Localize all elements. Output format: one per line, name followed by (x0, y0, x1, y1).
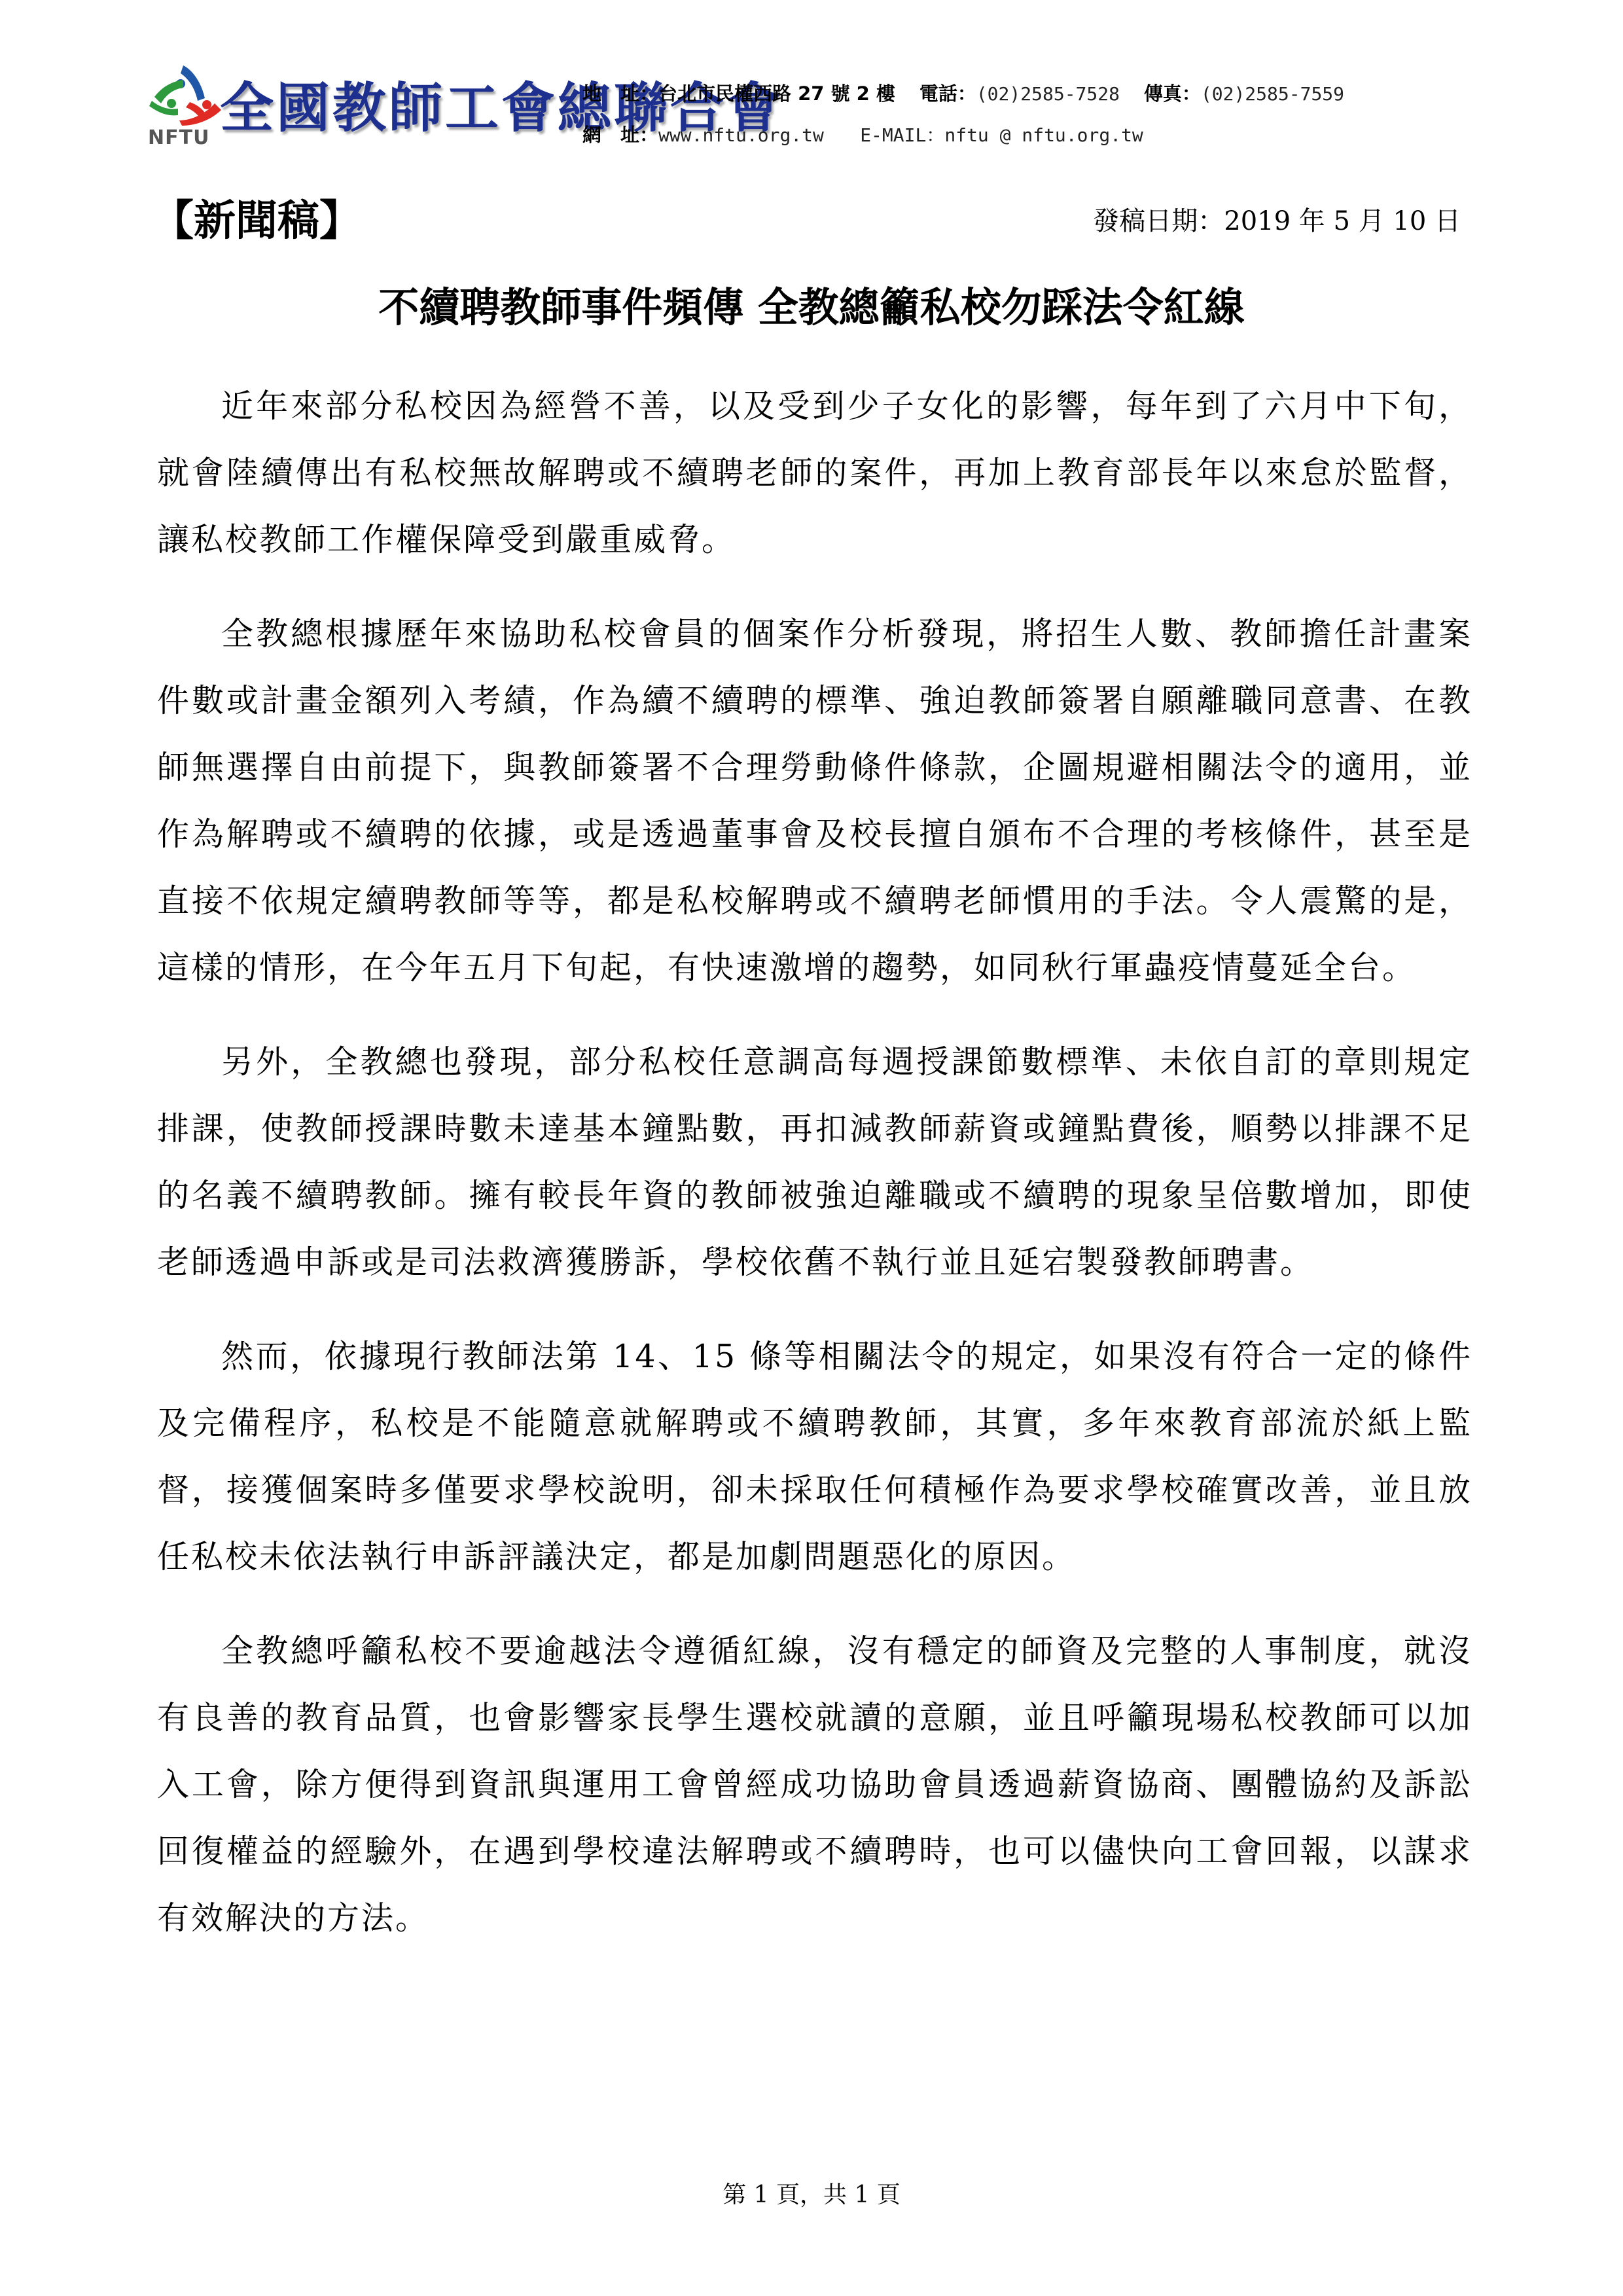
phone-label: 電話： (919, 82, 976, 105)
contact-info: 地 址：台北市民權西路 27 號 2 樓 電話：(02)2585-7528 傳真… (582, 73, 1344, 156)
press-release-tag: 【新聞稿】 (152, 187, 361, 247)
letterhead: NFTU 全國教師工會總聯合會 地 址：台北市民權西路 27 號 2 樓 電話：… (143, 58, 1491, 149)
email-label: E-MAIL： (860, 124, 944, 146)
paragraph: 然而，依據現行教師法第 14、15 條等相關法令的規定，如果沒有符合一定的條件及… (157, 1323, 1472, 1590)
paragraph: 全教總呼籲私校不要逾越法令遵循紅線，沒有穩定的師資及完整的人事制度，就沒有良善的… (157, 1618, 1472, 1952)
website-label: 網 址： (582, 124, 658, 146)
document-title: 不續聘教師事件頻傳 全教總籲私校勿踩法令紅線 (0, 275, 1623, 333)
address-label: 地 址： (582, 82, 658, 105)
phone-value: (02)2585-7528 (976, 83, 1120, 105)
address-value: 台北市民權西路 27 號 2 樓 (658, 82, 895, 105)
paragraph: 全教總根據歷年來協助私校會員的個案作分析發現，將招生人數、教師擔任計畫案件數或計… (157, 601, 1472, 1001)
contact-line-address: 地 址：台北市民權西路 27 號 2 樓 電話：(02)2585-7528 傳真… (582, 73, 1344, 115)
contact-line-web: 網 址：www.nftu.org.tw E-MAIL：nftu @ nftu.o… (582, 115, 1344, 156)
email-link[interactable]: nftu @ nftu.org.tw (944, 124, 1143, 146)
nftu-logo-icon: NFTU (143, 58, 228, 149)
fax-label: 傳真： (1144, 82, 1201, 105)
website-link[interactable]: www.nftu.org.tw (658, 124, 824, 146)
release-date: 發稿日期：2019 年 5 月 10 日 (1093, 200, 1461, 238)
paragraph: 另外，全教總也發現，部分私校任意調高每週授課節數標準、未依自訂的章則規定排課，使… (157, 1029, 1472, 1296)
page-number: 第 1 頁，共 1 頁 (0, 2176, 1623, 2210)
document-body: 近年來部分私校因為經營不善，以及受到少子女化的影響，每年到了六月中下旬，就會陸續… (157, 373, 1472, 1979)
paragraph: 近年來部分私校因為經營不善，以及受到少子女化的影響，每年到了六月中下旬，就會陸續… (157, 373, 1472, 573)
fax-value: (02)2585-7559 (1201, 83, 1344, 105)
logo-text: NFTU (148, 126, 209, 149)
